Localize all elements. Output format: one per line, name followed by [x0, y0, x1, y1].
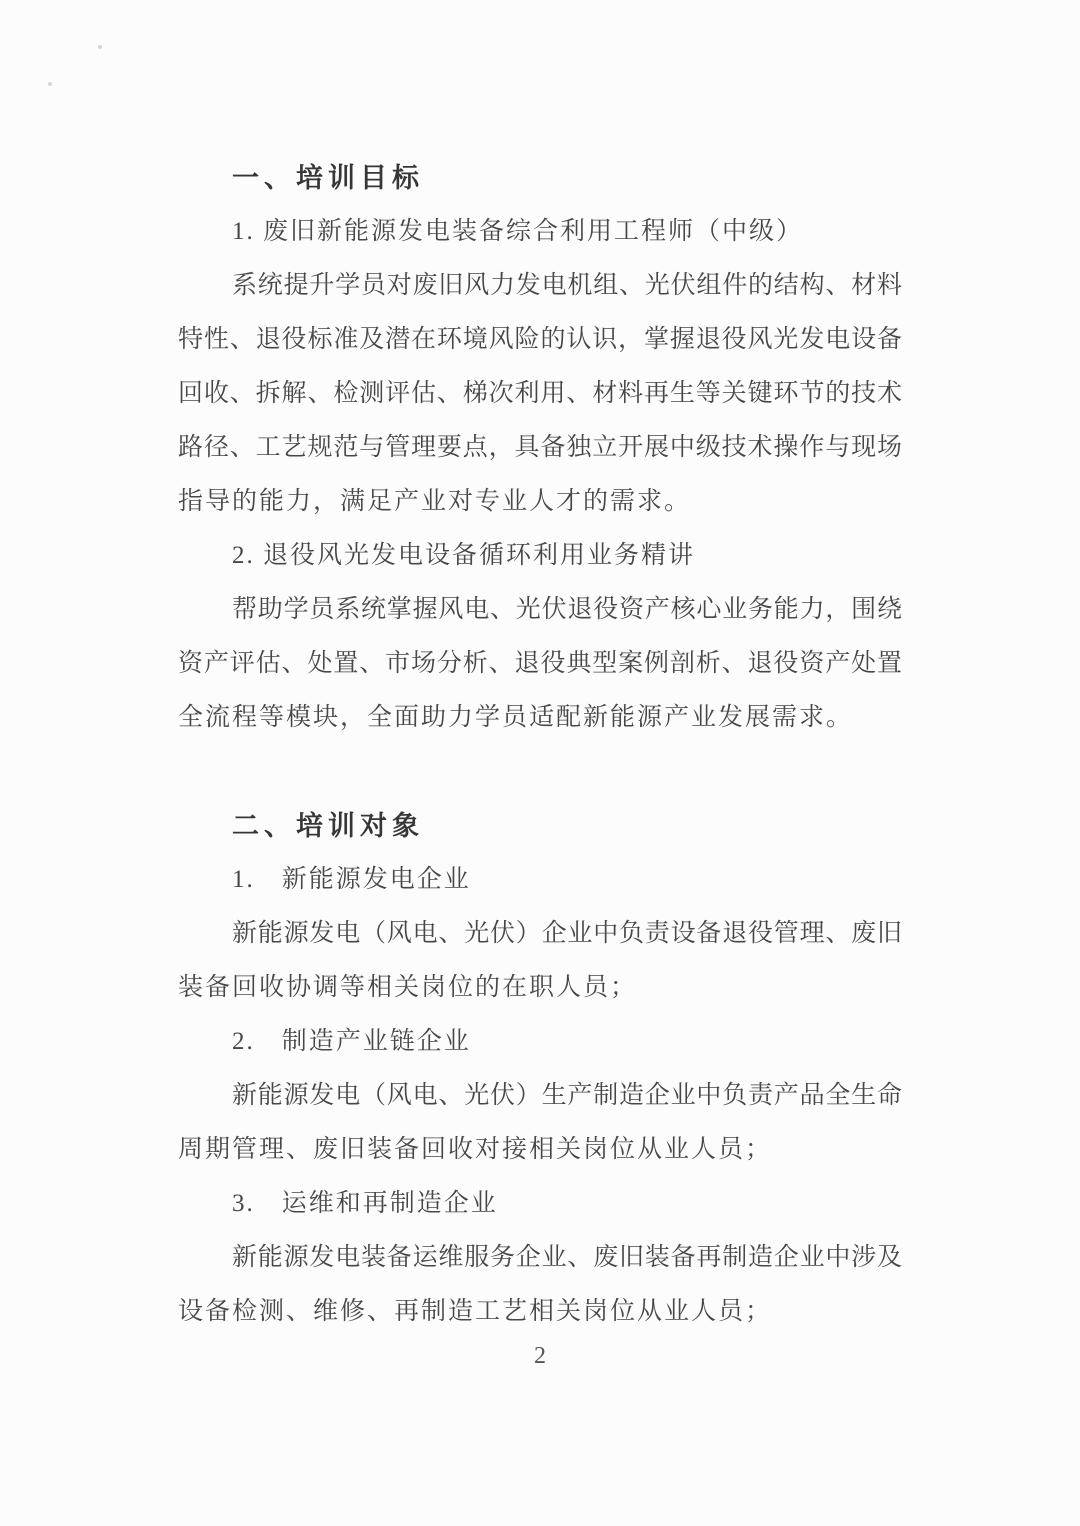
- page-number: 2: [0, 1336, 1080, 1376]
- item-title: 1. 废旧新能源发电装备综合利用工程师（中级）: [178, 205, 902, 259]
- paragraph-line: 全流程等模块，全面助力学员适配新能源产业发展需求。: [178, 691, 902, 745]
- paragraph-line: 装备回收协调等相关岗位的在职人员；: [178, 961, 902, 1015]
- paragraph-line: 设备检测、维修、再制造工艺相关岗位从业人员；: [178, 1285, 902, 1339]
- paragraph-line: 新能源发电（风电、光伏）企业中负责设备退役管理、废旧: [178, 907, 902, 961]
- paragraph-line: 资产评估、处置、市场分析、退役典型案例剖析、退役资产处置: [178, 637, 902, 691]
- paragraph-line: 指导的能力，满足产业对专业人才的需求。: [178, 475, 902, 529]
- scan-speck: [98, 45, 102, 49]
- document-body: 一、培训目标 1. 废旧新能源发电装备综合利用工程师（中级） 系统提升学员对废旧…: [178, 151, 902, 1339]
- document-page: 一、培训目标 1. 废旧新能源发电装备综合利用工程师（中级） 系统提升学员对废旧…: [0, 0, 1080, 1526]
- paragraph-line: 帮助学员系统掌握风电、光伏退役资产核心业务能力，围绕: [178, 583, 902, 637]
- section-heading-training-audience: 二、培训对象: [178, 799, 902, 853]
- paragraph-line: 新能源发电装备运维服务企业、废旧装备再制造企业中涉及: [178, 1231, 902, 1285]
- item-title: 2. 退役风光发电设备循环利用业务精讲: [178, 529, 902, 583]
- paragraph-line: 回收、拆解、检测评估、梯次利用、材料再生等关键环节的技术: [178, 367, 902, 421]
- blank-line: [178, 745, 902, 799]
- scan-speck: [48, 82, 52, 86]
- paragraph-line: 新能源发电（风电、光伏）生产制造企业中负责产品全生命: [178, 1069, 902, 1123]
- item-title: 2. 制造产业链企业: [178, 1015, 902, 1069]
- section-heading-training-objectives: 一、培训目标: [178, 151, 902, 205]
- paragraph-line: 周期管理、废旧装备回收对接相关岗位从业人员；: [178, 1123, 902, 1177]
- item-title: 3. 运维和再制造企业: [178, 1177, 902, 1231]
- paragraph-line: 系统提升学员对废旧风力发电机组、光伏组件的结构、材料: [178, 259, 902, 313]
- paragraph-line: 特性、退役标准及潜在环境风险的认识，掌握退役风光发电设备: [178, 313, 902, 367]
- item-title: 1. 新能源发电企业: [178, 853, 902, 907]
- paragraph-line: 路径、工艺规范与管理要点，具备独立开展中级技术操作与现场: [178, 421, 902, 475]
